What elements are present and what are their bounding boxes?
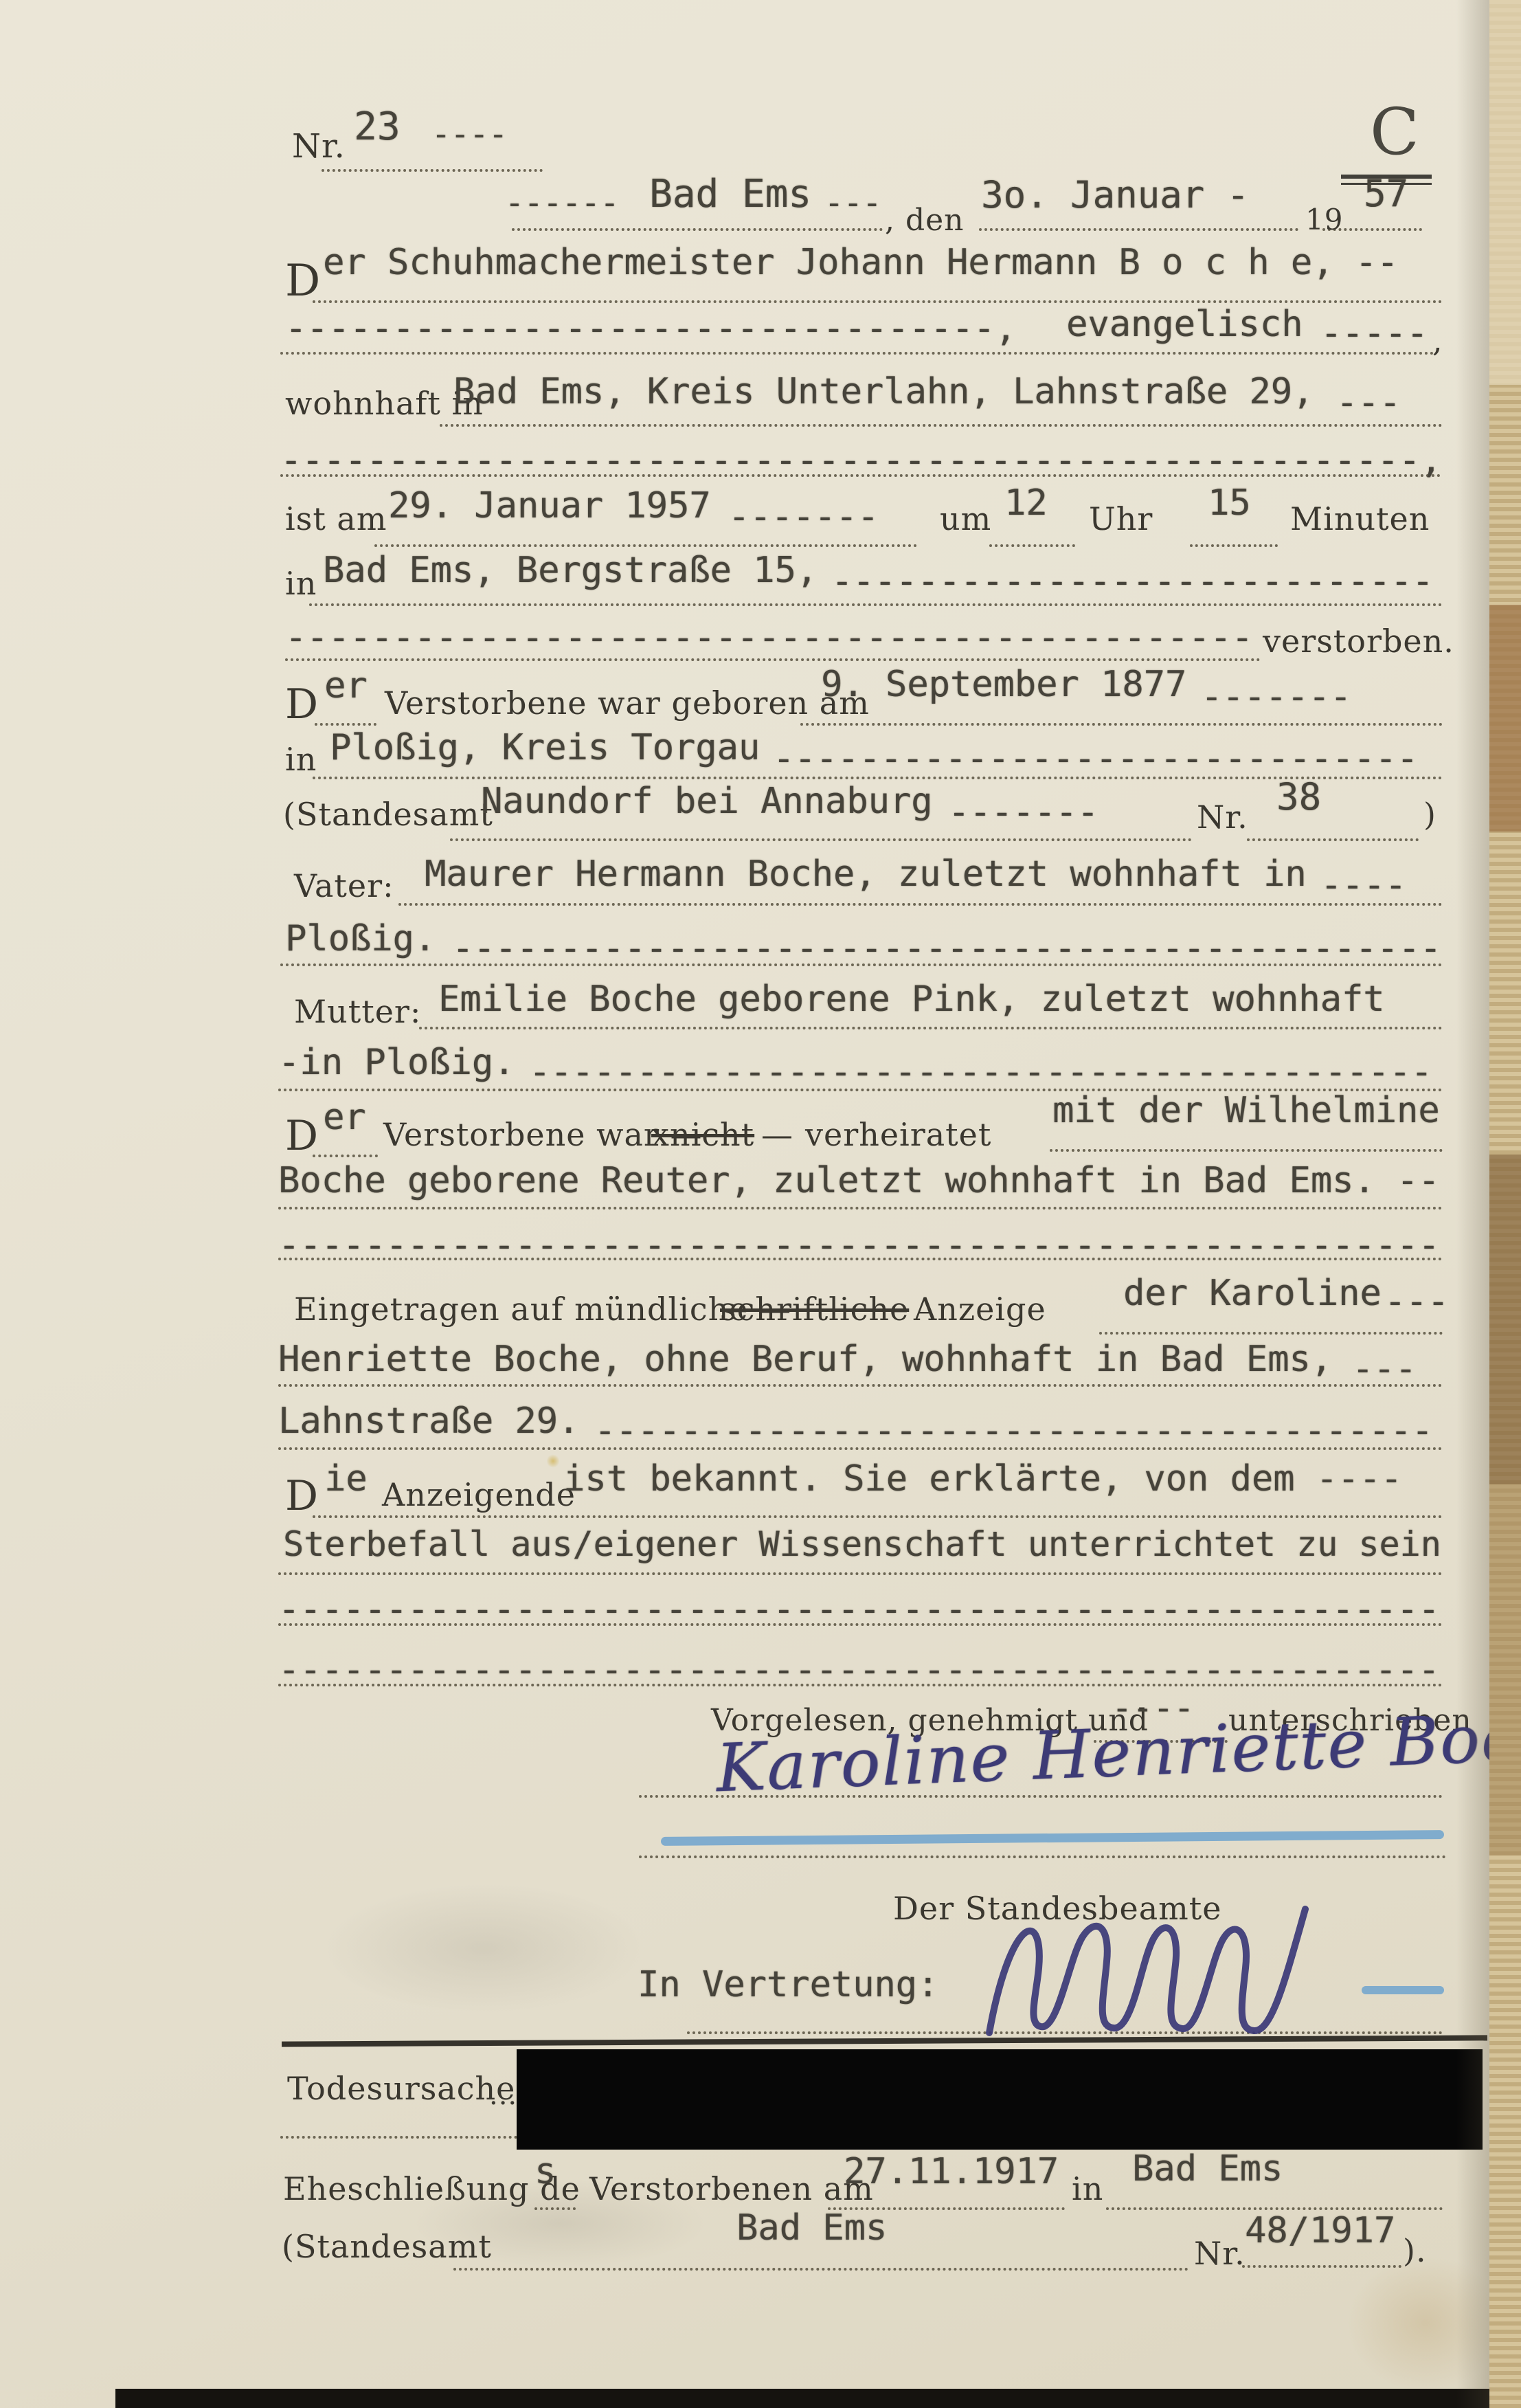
binding-patch (1489, 0, 1521, 385)
filler-dashes: ----------------------------------------… (278, 1649, 1440, 1691)
dotted-rule (1190, 544, 1278, 547)
marriage-registry-nr-label: Nr. (1194, 2235, 1246, 2272)
article-d-printed: D (285, 1472, 319, 1520)
informant-dashes: --- (1384, 1281, 1449, 1322)
birth-registry-value: Naundorf bei Annaburg (481, 781, 932, 822)
year-prefix-label: 19 (1305, 203, 1343, 236)
dotted-rule (1050, 1149, 1443, 1152)
date-value: 3o. Januar - (981, 173, 1249, 216)
marital-dash-label: — (761, 1116, 793, 1153)
dotted-rule (313, 1155, 378, 1157)
anzeige-label: Anzeige (914, 1291, 1046, 1328)
official-signature-scrawl (976, 1895, 1333, 2043)
birth-place-value: Ploßig, Kreis Torgau (330, 727, 760, 768)
minuten-label: Minuten (1290, 500, 1430, 537)
born-label: Verstorbene war geboren am (385, 684, 870, 722)
declaration-text-2: Sterbefall aus/eigener Wissenschaft unte… (283, 1524, 1441, 1564)
place-dashes-right: --- (824, 184, 881, 221)
place-dashes-left: ------ (505, 184, 619, 221)
dotted-rule (285, 658, 1261, 661)
marriage-in-label: in (1072, 2170, 1103, 2207)
ink-stain (547, 1454, 559, 1468)
schriftliche-struck-label: schriftliche (720, 1291, 909, 1328)
dotted-rule (322, 169, 543, 172)
marriage-registry-label: (Standesamt (282, 2228, 492, 2265)
marriage-s-typed: s (534, 2151, 556, 2192)
record-number-label: Nr. (292, 127, 346, 166)
death-hour-value: 12 (1004, 482, 1048, 524)
informant-value-2: Henriette Boche, ohne Beruf, wohnhaft in… (278, 1339, 1332, 1380)
blue-pencil-line (661, 1830, 1444, 1846)
father-dashes-2: ----------------------------------------… (452, 928, 1441, 969)
record-number-dashes: ---- (431, 115, 508, 153)
mother-label: Mutter: (294, 993, 421, 1030)
death-date-label: ist am (285, 500, 387, 537)
mother-dashes-2: ----------------------------------------… (529, 1051, 1432, 1093)
dotted-rule (1242, 2265, 1401, 2268)
article-d-printed: D (285, 1112, 319, 1160)
religion-dashes-right: ----- (1320, 313, 1428, 354)
verstorben-dashes: ----------------------------------------… (285, 617, 1253, 658)
dotted-rule (278, 1572, 1443, 1575)
dotted-rule (374, 544, 917, 547)
filler-dashes: ----------------------------------------… (278, 1225, 1440, 1266)
birth-registry-nr-value: 38 (1276, 775, 1321, 818)
anzeigende-label: Anzeigende (382, 1476, 576, 1513)
vertretung-label: In Vertretung: (638, 1964, 938, 2005)
dotted-rule (419, 1027, 1443, 1029)
dotted-rule (800, 723, 1443, 726)
decedent-name-occupation: er Schuhmachermeister Johann Hermann B o… (323, 242, 1398, 283)
residence-dashes: --- (1336, 382, 1401, 423)
dotted-rule (280, 352, 1434, 355)
dotted-rule (313, 1515, 1443, 1518)
birth-date-value: 9. September 1877 (821, 664, 1186, 705)
dotted-rule (398, 903, 1443, 906)
binding-patch (1489, 1484, 1521, 1855)
paren-close: ). (1403, 2232, 1427, 2269)
birth-registry-nr-label: Nr. (1197, 799, 1248, 836)
marriage-place-value: Bad Ems (1132, 2148, 1283, 2189)
informant-value: der Karoline (1123, 1273, 1382, 1314)
nicht-struck-label: xnicht (651, 1116, 754, 1153)
death-minute-value: 15 (1208, 482, 1251, 524)
paren-close: ) (1423, 796, 1436, 833)
dotted-rule (979, 228, 1298, 231)
death-date-value: 29. Januar 1957 (388, 485, 711, 526)
dotted-rule (313, 300, 1443, 303)
birth-registry-dashes: ------- (948, 792, 1098, 833)
death-place-label: in (285, 565, 317, 602)
record-number-value: 23 (354, 104, 400, 149)
spouse-value: mit der Wilhelmine (1052, 1090, 1440, 1131)
death-place-value: Bad Ems, Bergstraße 15, (323, 550, 818, 591)
religion-dashes: ---------------------------------, (285, 308, 1016, 349)
death-register-page: C Nr. 23 ---- ------ Bad Ems --- , den 3… (0, 0, 1521, 2408)
mother-value: Emilie Boche geborene Pink, zuletzt wohn… (438, 979, 1385, 1020)
dotted-rule (1247, 838, 1419, 841)
marriage-label-mid: Verstorbenen am (589, 2170, 874, 2207)
scan-bottom-edge (115, 2389, 1521, 2408)
death-date-dashes: ------- (728, 496, 879, 537)
marriage-registry-nr-value: 48/1917 (1245, 2210, 1395, 2251)
father-value: Maurer Hermann Boche, zuletzt wohnhaft i… (425, 854, 1307, 895)
den-label: , den (885, 203, 965, 238)
blue-pencil-dash (1362, 1986, 1444, 1994)
spouse-value-2: Boche geborene Reuter, zuletzt wohnhaft … (278, 1160, 1440, 1201)
marriage-date-value: 27.11.1917 (844, 2151, 1059, 2192)
birth-place-dashes: ------------------------------ (773, 738, 1418, 779)
binding-edge (1489, 0, 1521, 2408)
page-edge-shadow (1456, 0, 1492, 2408)
informant-value-3: Lahnstraße 29. (278, 1401, 579, 1442)
year-value: 57 (1364, 172, 1408, 215)
article-d-printed: D (285, 680, 319, 728)
religion-value: evangelisch (1066, 304, 1303, 345)
filler-dashes: ----------------------------------------… (278, 1589, 1440, 1630)
dotted-rule (309, 603, 1443, 606)
dotted-rule (639, 1855, 1446, 1858)
mother-value-2: -in Ploßig. (278, 1042, 515, 1083)
dotted-rule (278, 1384, 1443, 1387)
article-suffix-typed: ie (324, 1458, 368, 1500)
article-suffix-typed: er (323, 1097, 366, 1138)
redaction-box (517, 2049, 1483, 2150)
informant-dashes-3: --------------------------------------- (594, 1410, 1433, 1451)
article-d-printed: D (285, 256, 321, 306)
printed-comma: , (1432, 322, 1443, 359)
uhr-label: Uhr (1089, 500, 1153, 537)
registration-pre-label: Eingetragen auf mündliche — (294, 1291, 791, 1328)
father-dashes: ---- (1320, 865, 1406, 906)
dotted-rule (989, 544, 1075, 547)
death-place-dashes: ---------------------------- (831, 561, 1434, 602)
dotted-rule (1099, 1332, 1443, 1335)
birth-registry-label: (Standesamt (283, 796, 493, 833)
um-label: um (940, 500, 991, 537)
birth-place-label: in (285, 741, 317, 778)
residence-value: Bad Ems, Kreis Unterlahn, Lahnstraße 29, (453, 371, 1314, 412)
dotted-rule (453, 2268, 1188, 2271)
declaration-text: ist bekannt. Sie erklärte, von dem ---- (563, 1458, 1402, 1500)
birth-date-dashes: ------- (1201, 676, 1351, 717)
verstorben-label: verstorben. (1263, 623, 1454, 660)
dotted-rule (534, 2207, 576, 2210)
filler-dashes: ----------------------------------------… (280, 440, 1442, 481)
father-value-2: Ploßig. (285, 918, 436, 959)
dotted-rule (512, 228, 883, 231)
binding-patch (1489, 605, 1521, 832)
corner-mark: C (1370, 95, 1420, 170)
article-suffix-typed: er (324, 665, 368, 706)
dotted-rule (450, 838, 1192, 841)
dotted-rule (280, 2136, 517, 2139)
place-value: Bad Ems (649, 172, 811, 216)
father-label: Vater: (294, 867, 394, 904)
married-label: verheiratet (805, 1116, 991, 1153)
dotted-rule (315, 723, 376, 726)
binding-patch (1489, 1155, 1521, 1484)
showthrough-smudge (323, 1883, 646, 2014)
dotted-rule (278, 1207, 1443, 1209)
dotted-rule (440, 424, 1443, 427)
marriage-registry-value: Bad Ems (736, 2207, 887, 2249)
informant-dashes-2: --- (1352, 1348, 1417, 1390)
horizontal-rule (282, 2035, 1487, 2047)
